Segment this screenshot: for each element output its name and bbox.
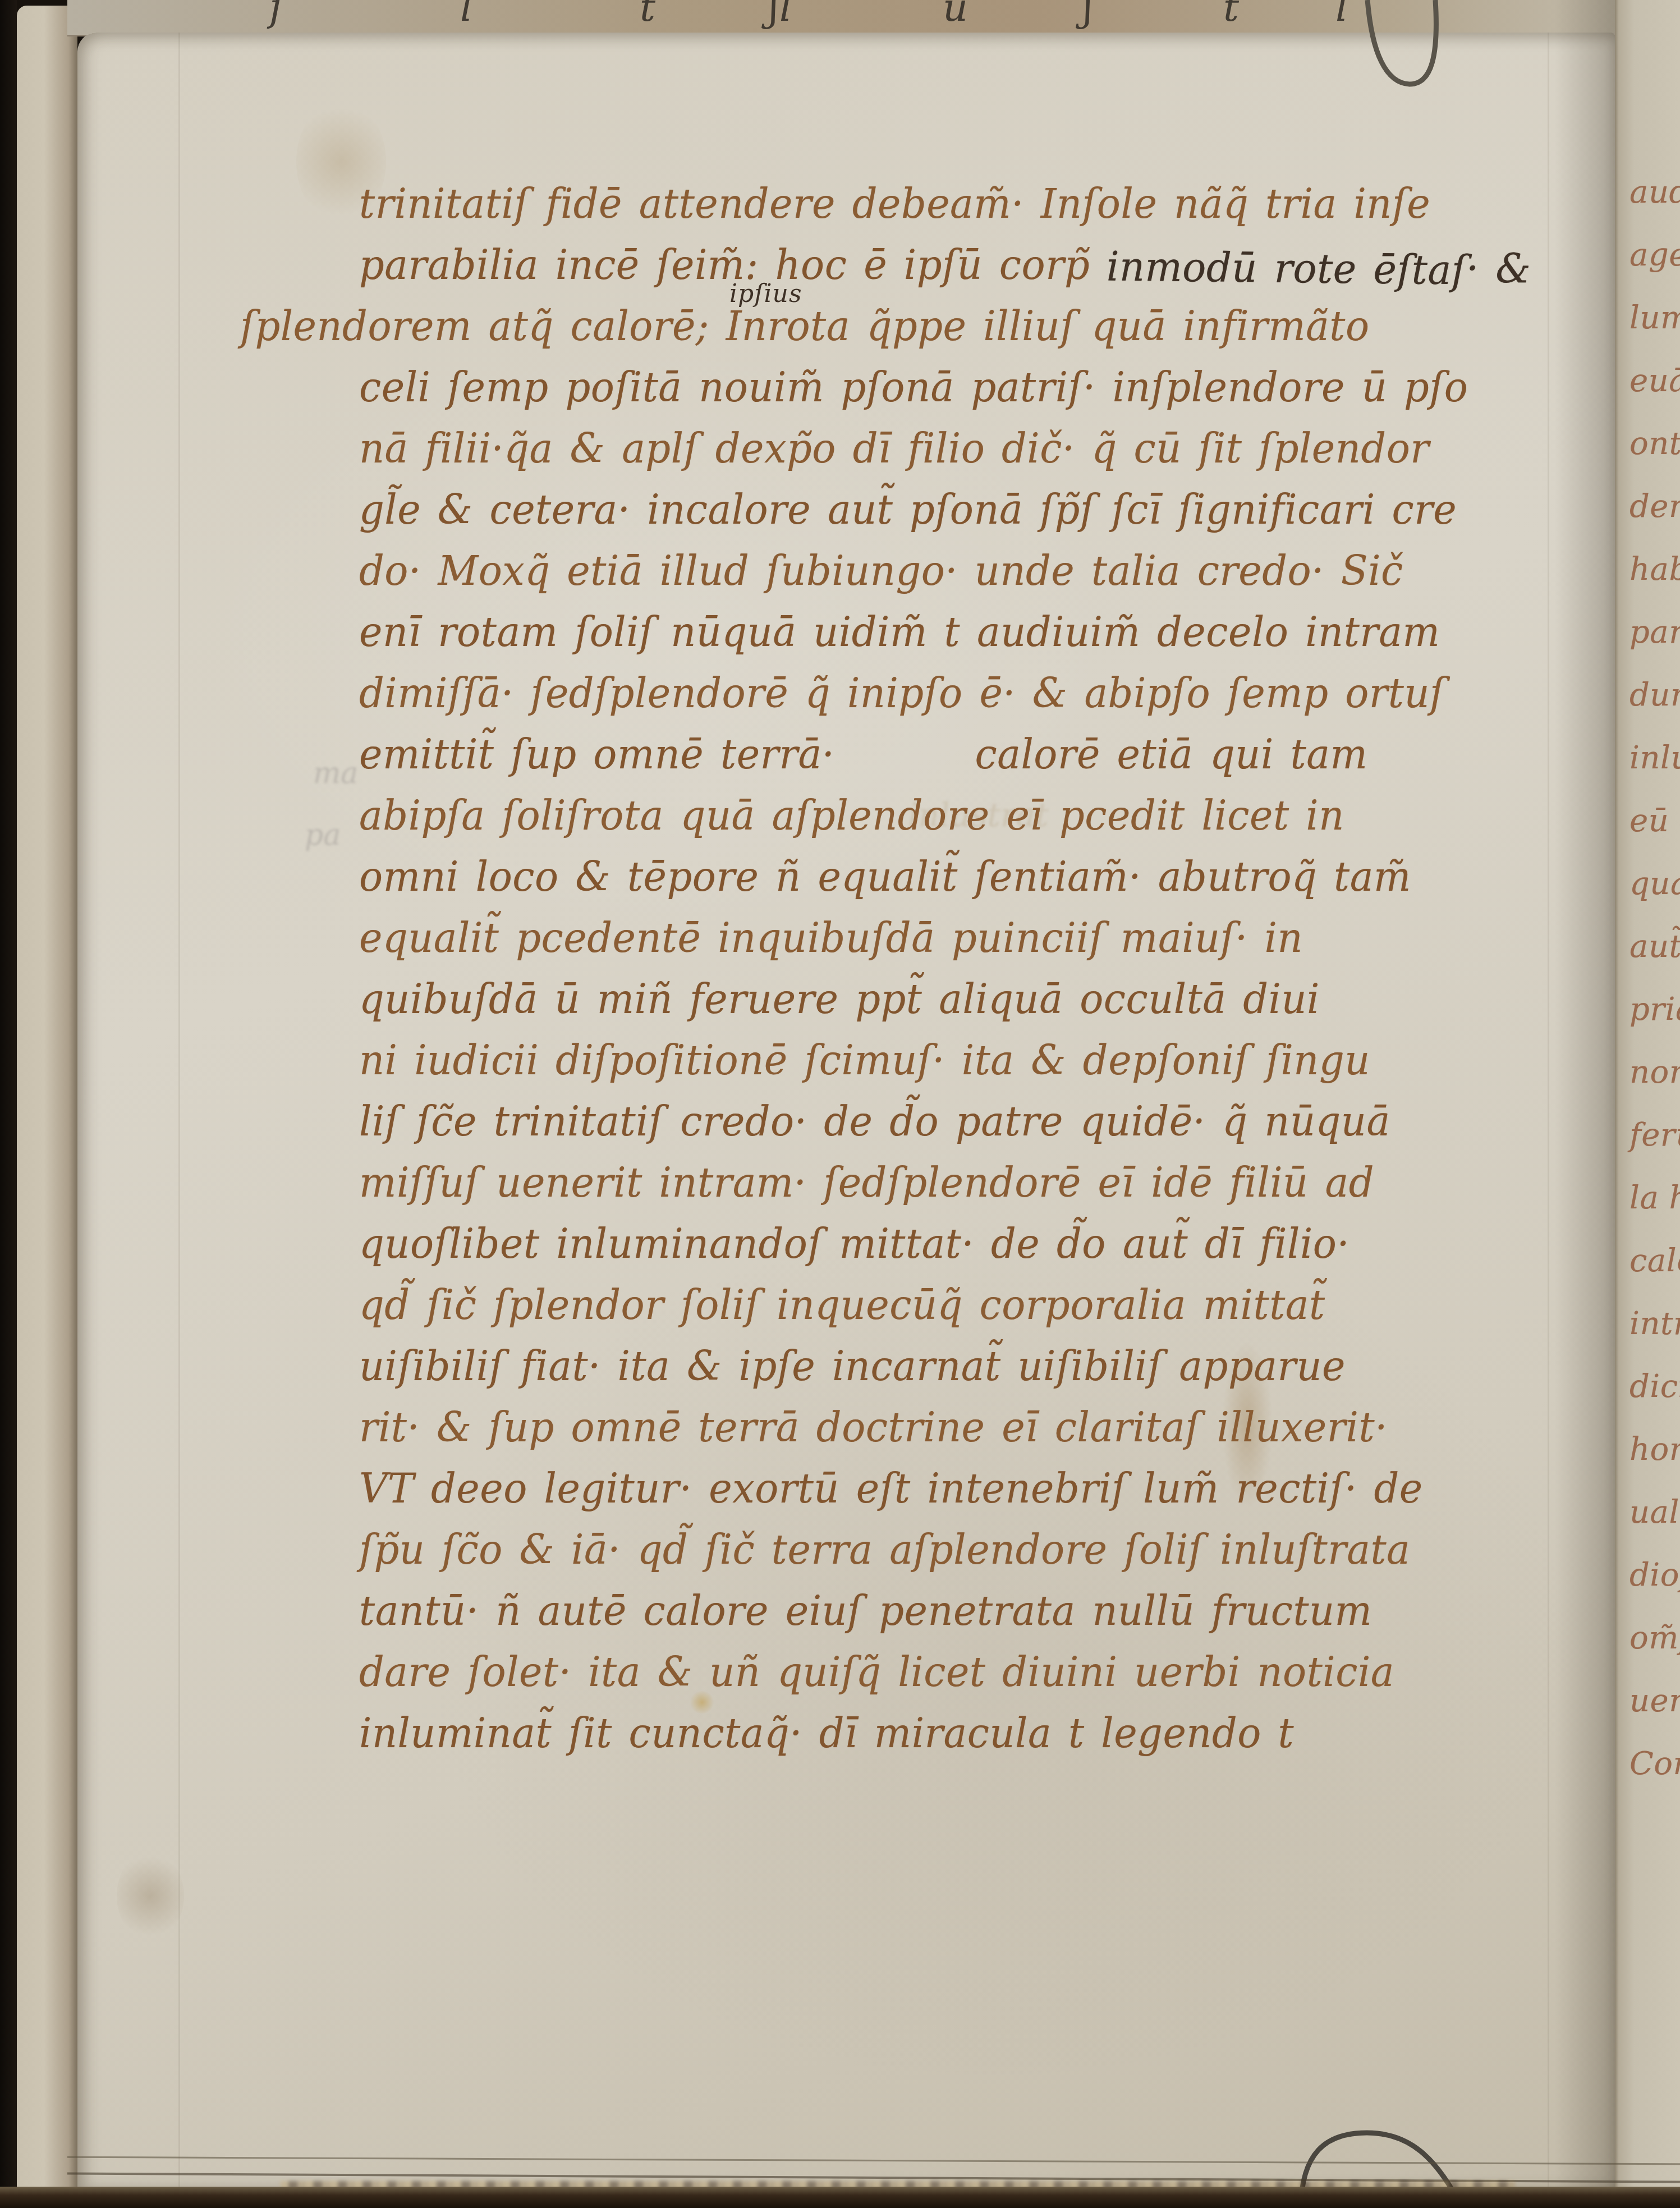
line-segment: equalit̃ pcedentē inquibuſdā puinciiſ ma… [359,914,1303,961]
fore-edge-word: eū cū [1629,803,1680,839]
line-segment: · & [1466,244,1531,292]
line-segment: quoſlibet inluminandoſ mittat· de d̃o au… [359,1220,1349,1267]
line-segment: quibuſdā ū miñ feruere ppt̃ aliquā occul… [359,975,1320,1023]
manuscript-line: tantū· ñ autē calore eiuſ penetrata null… [359,1587,1373,1634]
trimmed-letter-mark: ʃl [769,0,792,30]
fore-edge-word: dum ē [1629,677,1680,713]
trimmed-letter-mark: t [640,0,655,30]
manuscript-line: qd̃ ſič ſplendor ſoliſ inquecūq̃ corpora… [359,1281,1325,1329]
line-segment: gl̃e & cetera· incalore aut̃ pſonā ſp̃ſ … [359,486,1457,533]
fore-edge-word: demuſ [1629,488,1680,525]
fore-edge-word: audien [1629,174,1680,210]
manuscript-line: parabilia incē ſeim̃: hoc ē ipſū corp̃ i… [359,241,1531,288]
manuscript-line: miſſuſ uenerit intram· ſedſplendorē eī i… [359,1159,1374,1206]
interlinear-gloss: ipſius [729,280,802,308]
line-segment: do· Moxq̃ etiā illud ſubiungo· unde tali… [359,547,1403,594]
manuscript-line: emittit̃ ſup omnē terrā·calorē etiā qui … [359,731,1367,778]
fore-edge-word: om̃ſ a [1629,1620,1680,1656]
fore-edge-word: feruo [1629,1117,1680,1153]
manuscript-line: liſ ſc̃e trinitatiſ credo· de d̃o patre … [359,1098,1390,1145]
trimmed-letter-mark: ſ [269,0,284,30]
fore-edge-word: Conc [1629,1746,1680,1782]
manuscript-text-block: trinitatiſ fidē attendere debeam̃· Inſol… [77,33,1615,2190]
fore-edge-word: homin [1629,1431,1680,1468]
line-segment: dimiſſā· ſedſplendorē q̃ inipſo ē· & abi… [359,670,1444,717]
manuscript-line: equalit̃ pcedentē inquibuſdā puinciiſ ma… [359,914,1303,961]
fore-edge-word: inlum [1629,740,1680,776]
fore-edge-word: dioſ u [1629,1557,1680,1593]
line-segment: liſ ſc̃e trinitatiſ credo· de d̃o patre … [359,1098,1390,1145]
underlying-page-edge [17,6,77,2206]
manuscript-line: gl̃e & cetera· incalore aut̃ pſonā ſp̃ſ … [359,486,1457,533]
fore-edge-word: ualen [1629,1494,1680,1531]
manuscript-line: ſplendorem atq̃ calorē; Inrota q̃ppe ill… [240,303,1370,350]
fore-edge-word: habea [1629,551,1680,588]
line-segment: dare ſolet· ita & uñ quiſq̃ licet diuini… [359,1648,1394,1696]
manuscript-line: rit· & ſup omnē terrā doctrine eī clarit… [359,1404,1388,1451]
line-segment: enī rotam ſoliſ nūquā uidim̃ t audiuim̃ … [359,608,1440,656]
manuscript-photo: ſltʃluʃtl inlustrat ma pa trinitatiſ fid… [0,0,1680,2208]
fore-edge-word: onteſ [1629,425,1680,462]
line-segment: qd̃ ſič ſplendor ſoliſ inquecūq̃ corpora… [359,1281,1325,1329]
manuscript-line: quoſlibet inluminandoſ mittat· de d̃o au… [359,1220,1349,1267]
trimmed-letter-mark: u [943,0,968,30]
fore-edge-word: euā ex [1629,363,1680,399]
manuscript-line: omni loco & tēpore ñ equalit̃ ſentiam̃· … [359,853,1411,900]
manuscript-line: inluminat̃ ſit cunctaq̃· dī miracula t l… [359,1710,1294,1757]
line-segment: nā filii·q̃a & aplſ dexp̃o dī filio dič·… [359,425,1429,472]
line-segment: trinitatiſ fidē attendere debeam̃· Inſol… [359,180,1430,227]
line-segment: tantū· ñ autē calore eiuſ penetrata null… [359,1587,1373,1634]
line-segment: inmodū rote ēſtaſ [1107,242,1467,294]
line-segment: ſplendorem atq̃ calorē; Inrota q̃ppe ill… [240,303,1370,350]
line-segment: inluminat̃ ſit cunctaq̃· dī miracula t l… [359,1710,1294,1757]
manuscript-line: abipſa ſoliſrota quā aſplendore eī pcedi… [359,792,1344,839]
fore-edge-word: pria u [1629,991,1680,1028]
book-binding-edge [0,0,17,2208]
page-edge-shadow [1554,0,1615,2208]
fore-edge-word: non [1629,1054,1680,1091]
line-segment: uiſibiliſ fiat· ita & ipſe incarnat̃ uiſ… [359,1343,1346,1390]
manuscript-line: do· Moxq̃ etiā illud ſubiungo· unde tali… [359,547,1403,594]
fore-edge-word: agend [1629,237,1680,273]
manuscript-line: ni iudicii diſpoſitionē ſcimuſ· ita & de… [359,1037,1370,1084]
manuscript-line: celi ſemp poſitā nouim̃ pſonā patriſ· in… [359,364,1468,411]
manuscript-line: dare ſolet· ita & uñ quiſq̃ licet diuini… [359,1648,1394,1696]
fore-edge-word: aut̃ ca [1629,928,1680,965]
line-segment: ni iudicii diſpoſitionē ſcimuſ· ita & de… [359,1037,1370,1084]
next-leaf-fore-edge: audienagendlumineuā exonteſdemuſhabeapar… [1615,0,1680,2208]
trimmed-letter-mark: ʃ [1083,0,1094,30]
line-segment: rit· & ſup omnē terrā doctrine eī clarit… [359,1404,1388,1451]
fore-edge-word: lumin [1629,300,1680,336]
fore-edge-word: uenir [1629,1683,1680,1719]
line-segment: ſp̃u ſc̃o & iā· qd̃ ſič terra aſplendore… [359,1526,1410,1573]
trimmed-letter-mark: t [1223,0,1239,30]
trimmed-letter-mark: l [460,0,472,30]
fore-edge-word: parum [1629,614,1680,651]
line-segment: miſſuſ uenerit intram· ſedſplendorē eī i… [359,1159,1374,1206]
manuscript-line: dimiſſā· ſedſplendorē q̃ inipſo ē· & abi… [359,670,1444,717]
fore-edge-word: calore [1629,1243,1680,1279]
line-segment: omni loco & tēpore ñ equalit̃ ſentiam̃· … [359,853,1411,900]
line-segment: emittit̃ ſup omnē terrā· [359,731,835,778]
line-segment: celi ſemp poſitā nouim̃ pſonā patriſ· in… [359,364,1468,411]
fore-edge-word: intran [1629,1305,1680,1342]
fore-edge-word: qua q̃ [1629,865,1680,902]
manuscript-line: VT deeo legitur· exortū eſt intenebriſ l… [359,1465,1423,1512]
trimmed-top-edge: ſltʃluʃtl [67,0,1680,36]
fore-edge-word: la hu [1629,1180,1680,1216]
manuscript-line: enī rotam ſoliſ nūquā uidim̃ t audiuim̃ … [359,608,1440,656]
fore-edge-word: dicit [1629,1368,1680,1405]
parchment-page: inlustrat ma pa trinitatiſ fidē attender… [77,33,1615,2190]
book-bottom-edge [0,2187,1680,2208]
manuscript-line: uiſibiliſ fiat· ita & ipſe incarnat̃ uiſ… [359,1343,1346,1390]
line-segment: abipſa ſoliſrota quā aſplendore eī pcedi… [359,792,1344,839]
trimmed-letter-mark: l [1335,0,1348,30]
manuscript-line: nā filii·q̃a & aplſ dexp̃o dī filio dič·… [359,425,1429,472]
line-segment: VT deeo legitur· exortū eſt intenebriſ l… [359,1465,1423,1512]
manuscript-line: quibuſdā ū miñ feruere ppt̃ aliquā occul… [359,975,1320,1023]
line-segment: calorē etiā qui tam [975,731,1368,778]
manuscript-line: ſp̃u ſc̃o & iā· qd̃ ſič terra aſplendore… [359,1526,1410,1573]
manuscript-line: trinitatiſ fidē attendere debeam̃· Inſol… [359,180,1430,227]
